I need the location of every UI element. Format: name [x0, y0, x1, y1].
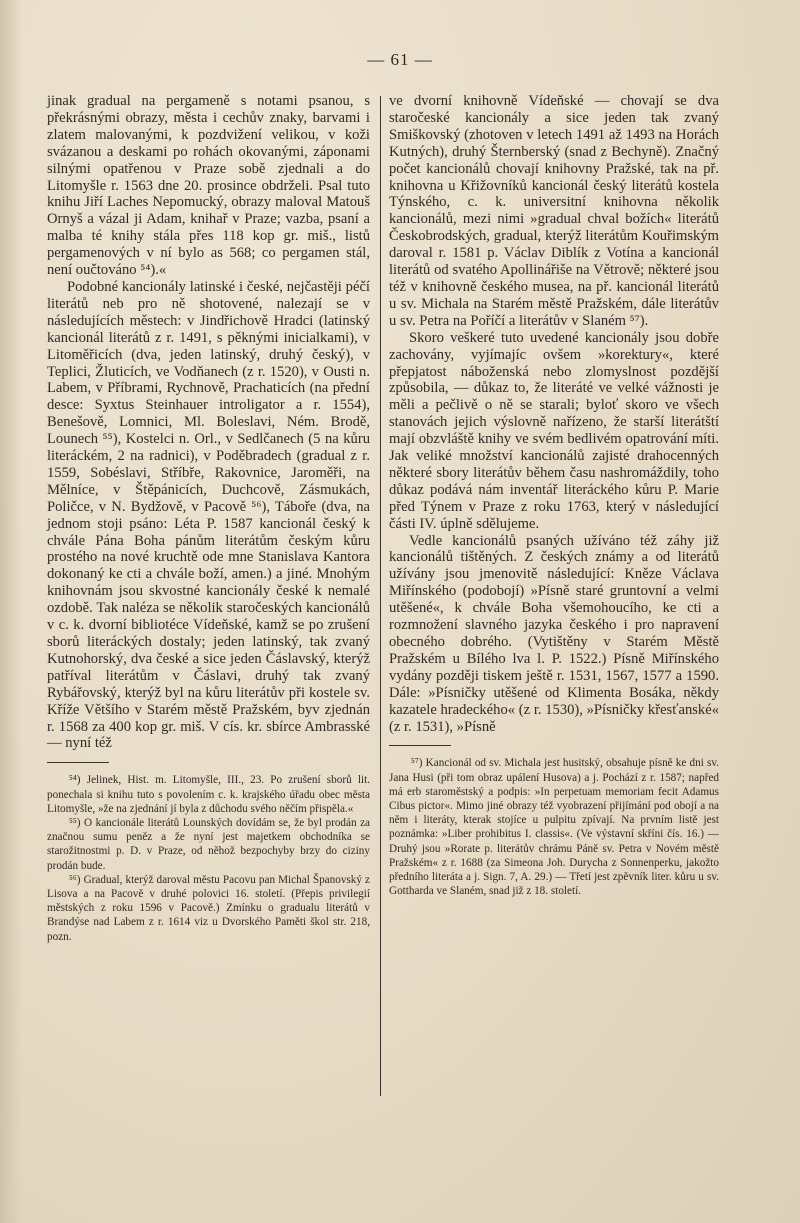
left-body-text: jinak gradual na pergameně s notami psan… — [47, 93, 370, 752]
right-body-text: ve dvorní knihovně Vídeňské — chovají se… — [389, 93, 719, 735]
column-divider — [380, 96, 381, 1096]
footnote-rule — [47, 762, 109, 763]
paragraph: Vedle kancionálů psaných užíváno též záh… — [389, 533, 719, 736]
paragraph: jinak gradual na pergameně s notami psan… — [47, 93, 370, 279]
paragraph: ve dvorní knihovně Vídeňské — chovají se… — [389, 93, 719, 330]
page-edge-shadow — [0, 0, 22, 1223]
footnote-54: ⁵⁴) Jelinek, Hist. m. Litomyšle, III., 2… — [47, 773, 370, 816]
footnote-rule — [389, 745, 451, 746]
left-footnotes: ⁵⁴) Jelinek, Hist. m. Litomyšle, III., 2… — [47, 773, 370, 943]
page-number: — 61 — — [0, 50, 800, 70]
right-footnotes: ⁵⁷) Kancionál od sv. Michala jest husits… — [389, 756, 719, 898]
left-column: jinak gradual na pergameně s notami psan… — [47, 93, 370, 944]
footnote-56: ⁵⁶) Gradual, kterýž daroval městu Pacovu… — [47, 873, 370, 944]
right-column: ve dvorní knihovně Vídeňské — chovají se… — [389, 93, 719, 898]
paragraph: Podobné kancionály latinské i české, nej… — [47, 279, 370, 752]
footnote-55: ⁵⁵) O kancionále literátů Lounských doví… — [47, 816, 370, 873]
footnote-57: ⁵⁷) Kancionál od sv. Michala jest husits… — [389, 756, 719, 898]
paragraph: Skoro veškeré tuto uvedené kancionály js… — [389, 330, 719, 533]
